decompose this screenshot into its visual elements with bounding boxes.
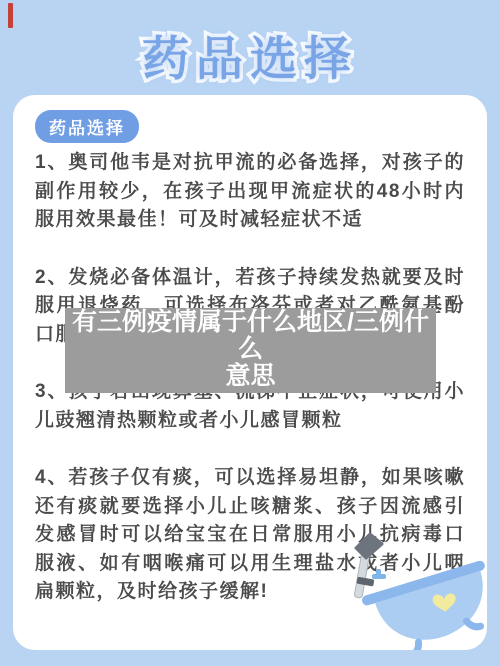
page-title: 药品选择: [0, 22, 500, 89]
page-background: { "page": { "background_color": "#b9d4f3…: [0, 0, 500, 666]
watermark-line-1: 有三例疫情属于什么地区/三例什么: [65, 309, 436, 363]
watermark-overlay: 有三例疫情属于什么地区/三例什么 意思: [65, 308, 436, 393]
watermark-line-2: 意思: [65, 363, 436, 390]
bathtub-illustration: [332, 520, 487, 650]
medicine-item-1: 1、奥司他韦是对抗甲流的必备选择，对孩子的副作用较少，在孩子出现甲流症状的48小…: [35, 149, 465, 235]
shower-head-icon: [354, 534, 386, 598]
card-badge: 药品选择: [35, 110, 139, 143]
